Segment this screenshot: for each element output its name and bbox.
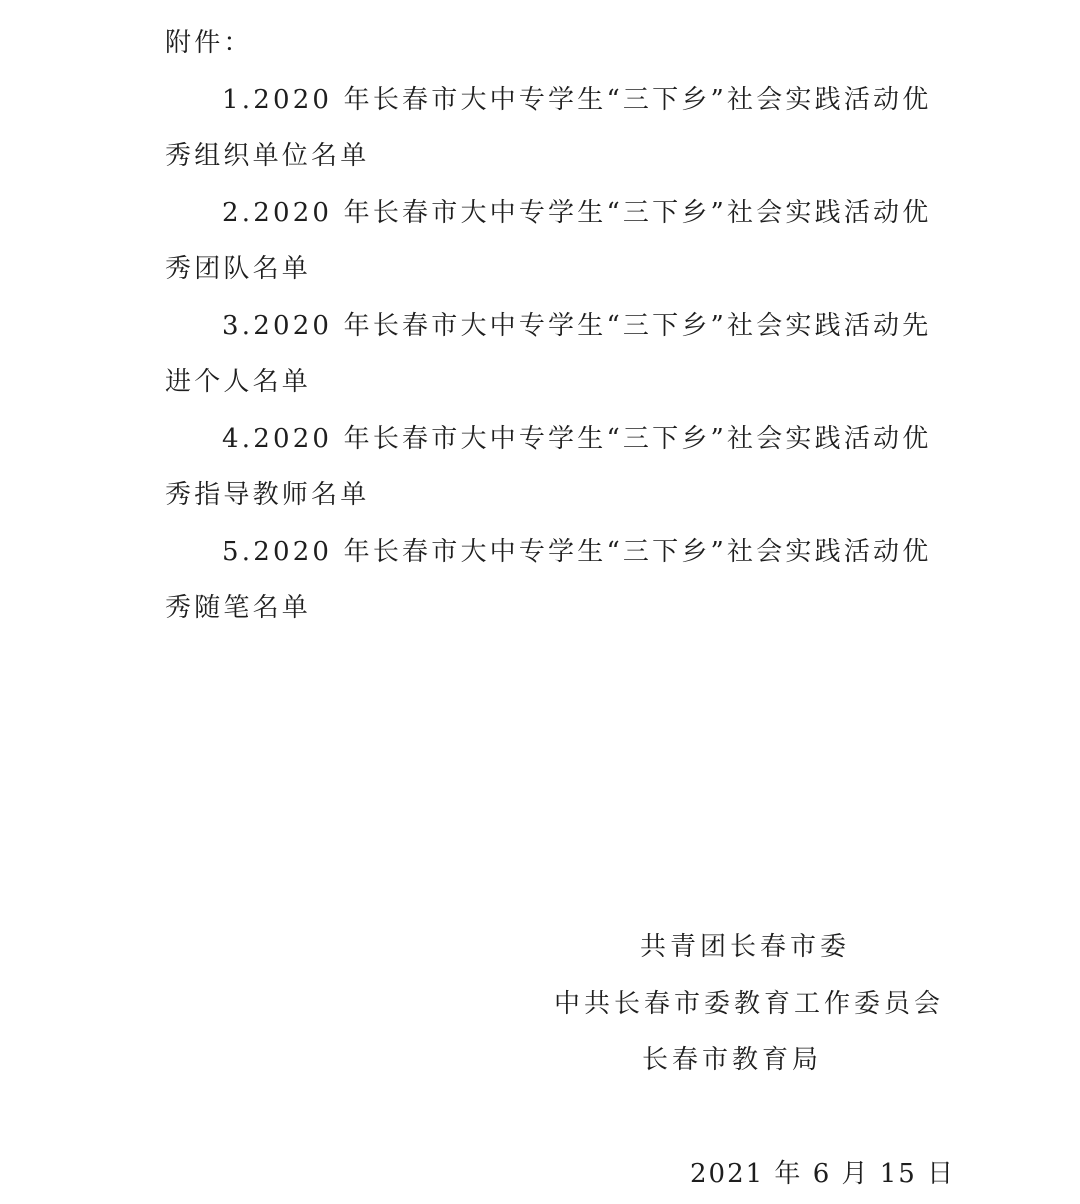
attachment-5-line-2: 秀随笔名单 [165,591,311,625]
attachments-heading: 附件： [165,26,253,60]
signatory-youth-league: 共青团长春市委 [640,930,850,964]
attachment-1-line-2: 秀组织单位名单 [165,139,369,173]
attachment-5-line-1: 5.2020 年长春市大中专学生“三下乡”社会实践活动优 [222,535,931,569]
attachment-1-line-1: 1.2020 年长春市大中专学生“三下乡”社会实践活动优 [222,83,931,117]
signatory-education-committee: 中共长春市委教育工作委员会 [554,987,944,1021]
attachment-4-line-2: 秀指导教师名单 [165,478,369,512]
signatory-education-bureau: 长春市教育局 [642,1043,822,1077]
document-date: 2021 年 6 月 15 日 [690,1157,955,1191]
attachment-3-line-2: 进个人名单 [165,365,311,399]
attachment-2-line-2: 秀团队名单 [165,252,311,286]
attachment-4-line-1: 4.2020 年长春市大中专学生“三下乡”社会实践活动优 [222,422,931,456]
attachment-2-line-1: 2.2020 年长春市大中专学生“三下乡”社会实践活动优 [222,196,931,230]
attachment-3-line-1: 3.2020 年长春市大中专学生“三下乡”社会实践活动先 [222,309,931,343]
